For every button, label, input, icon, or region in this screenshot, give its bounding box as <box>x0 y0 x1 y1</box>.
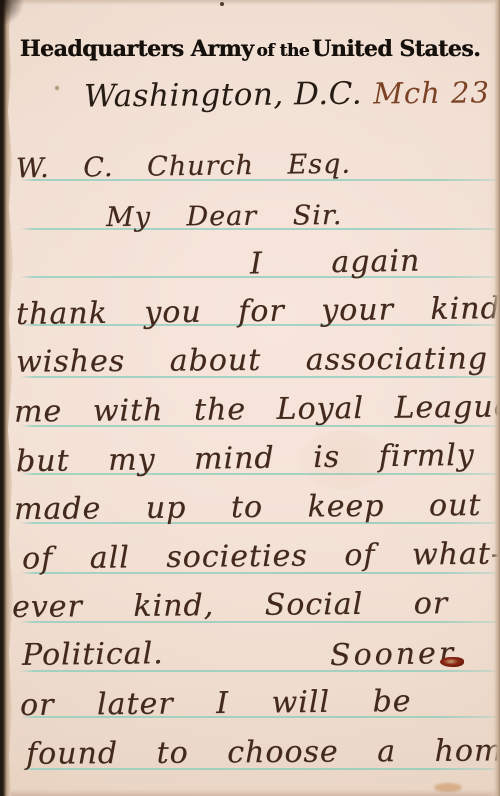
letterhead-part1: Headquarters Army <box>20 36 254 62</box>
dateline-date: Mch 23 1871 <box>373 74 500 110</box>
dateline: Washington, D.C. Mch 23 1871 <box>84 73 500 114</box>
body-line-3: wishes about associating <box>16 344 488 377</box>
body-line-2: thank you for your kind <box>16 294 500 330</box>
body-line-11: or later I will be <box>20 687 412 721</box>
body-line-12: found to choose a home <box>26 736 500 769</box>
body-line-1: I again <box>250 247 421 280</box>
paper-edge-bottom <box>0 789 500 796</box>
ink-blot <box>440 657 464 667</box>
body-line-10: Sooner <box>330 639 457 671</box>
letterhead-title: Headquarters Armyof theUnited States. <box>0 36 500 62</box>
paper-edge-top <box>0 0 500 5</box>
recipient-line: W. C. Church Esq. <box>16 151 351 183</box>
body-line-5: but my mind is firmly <box>16 441 475 477</box>
letterhead-part3: United States. <box>312 36 480 62</box>
salutation-line: My Dear Sir. <box>106 202 343 231</box>
corner-shadow <box>0 0 26 30</box>
body-line-7: of all societies of what- <box>22 539 500 574</box>
paper-fleck <box>54 85 60 91</box>
paper-edge-right <box>488 0 500 796</box>
dateline-place: Washington, D.C. <box>84 76 362 115</box>
letter-page: Headquarters Armyof theUnited States. Wa… <box>0 0 500 796</box>
body-line-4: me with the Loyal League <box>14 392 500 427</box>
body-line-9: Political. <box>22 639 164 671</box>
letterhead-part-of-the: of the <box>253 41 312 61</box>
body-line-8: ever kind, Social or <box>12 589 448 623</box>
body-line-6: made up to keep out <box>14 491 482 525</box>
